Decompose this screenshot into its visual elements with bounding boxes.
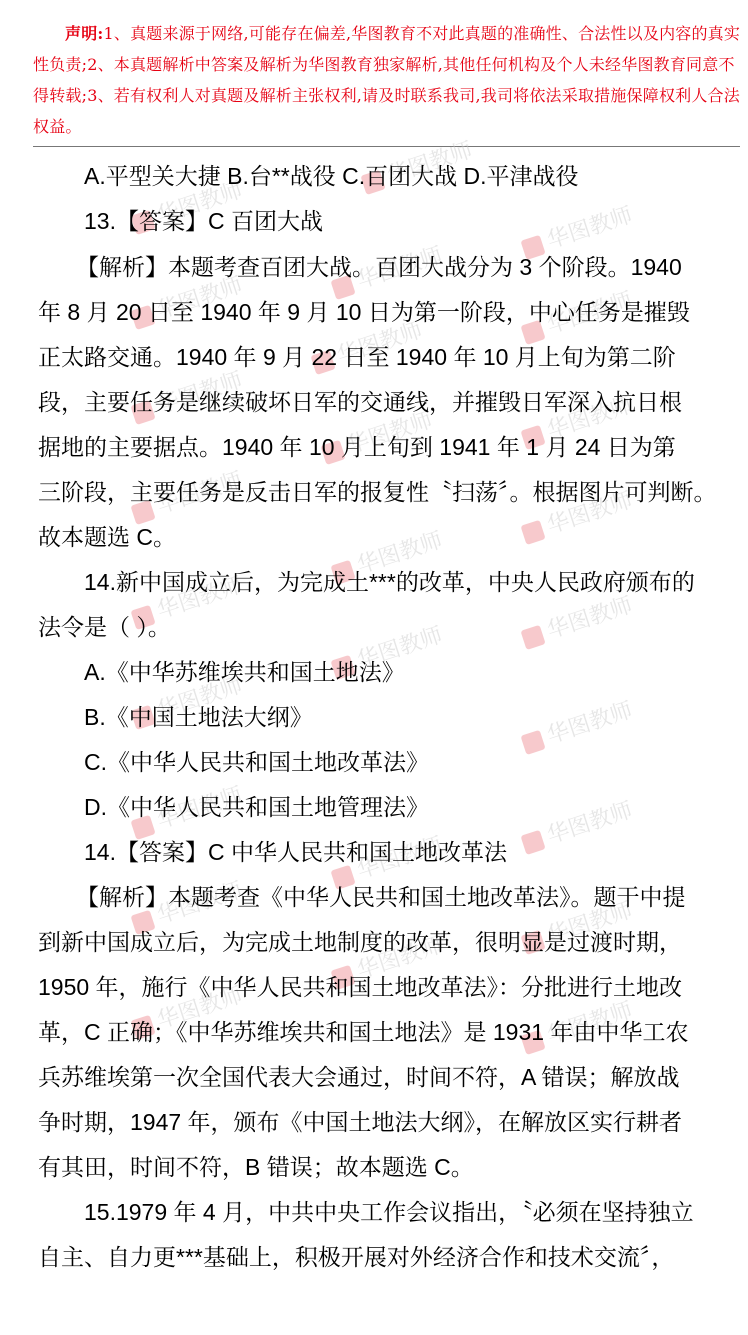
question-15: 自主、自力更***基础上，积极开展对外经济合作和技术交流〞， [38,1242,744,1272]
analysis-13: 故本题选 C。 [38,522,744,552]
disclaimer: 声明:1、真题来源于网络,可能存在偏差,华图教育不对此真题的准确性、合法性以及内… [33,18,741,142]
analysis-14: 1950 年，施行《中华人民共和国土地改革法》：分批进行土地改 [38,972,744,1002]
question-15: 15.1979 年 4 月，中共中央工作会议指出，〝必须在坚持独立 [84,1197,748,1227]
analysis-14: 争时期，1947 年，颁布《中国土地法大纲》，在解放区实行耕者 [38,1107,744,1137]
question-14: 法令是（ ）。 [38,612,744,642]
header-divider [33,146,740,147]
analysis-14: 兵苏维埃第一次全国代表大会通过，时间不符，A 错误；解放战 [38,1062,744,1092]
analysis-13: 正太路交通。1940 年 9 月 22 日至 1940 年 10 月上旬为第二阶 [38,342,744,372]
analysis-13: 据地的主要据点。1940 年 10 月上旬到 1941 年 1 月 24 日为第 [38,432,744,462]
answer-13: 13.【答案】C 百团大战 [84,206,748,236]
question-14-option-a: A.《中华苏维埃共和国土地法》 [84,657,748,687]
analysis-13: 【解析】本题考查百团大战。百团大战分为 3 个阶段。1940 [76,252,748,282]
analysis-14: 革，C 正确；《中华苏维埃共和国土地法》是 1931 年由中华工农 [38,1017,744,1047]
analysis-14: 【解析】本题考查《中华人民共和国土地改革法》。题干中提 [76,882,748,912]
question-14-option-c: C.《中华人民共和国土地改革法》 [84,747,748,777]
analysis-13: 年 8 月 20 日至 1940 年 9 月 10 日为第一阶段，中心任务是摧毁 [38,297,744,327]
question-14: 14.新中国成立后，为完成土***的改革，中央人民政府颁布的 [84,567,748,597]
question-14-option-d: D.《中华人民共和国土地管理法》 [84,792,748,822]
answer-14: 14.【答案】C 中华人民共和国土地改革法 [84,837,748,867]
disclaimer-text: 1、真题来源于网络,可能存在偏差,华图教育不对此真题的准确性、合法性以及内容的真… [33,24,740,136]
analysis-13: 段，主要任务是继续破坏日军的交通线，并摧毁日军深入抗日根 [38,387,744,417]
analysis-14: 到新中国成立后，为完成土地制度的改革，很明显是过渡时期， [38,927,744,957]
disclaimer-label: 声明: [65,24,104,43]
question-12-options: A.平型关大捷 B.台**战役 C.百团大战 D.平津战役 [84,161,748,191]
analysis-14: 有其田，时间不符，B 错误；故本题选 C。 [38,1152,744,1182]
analysis-13: 三阶段，主要任务是反击日军的报复性〝扫荡〞。根据图片可判断。 [38,477,744,507]
question-14-option-b: B.《中国土地法大纲》 [84,702,748,732]
